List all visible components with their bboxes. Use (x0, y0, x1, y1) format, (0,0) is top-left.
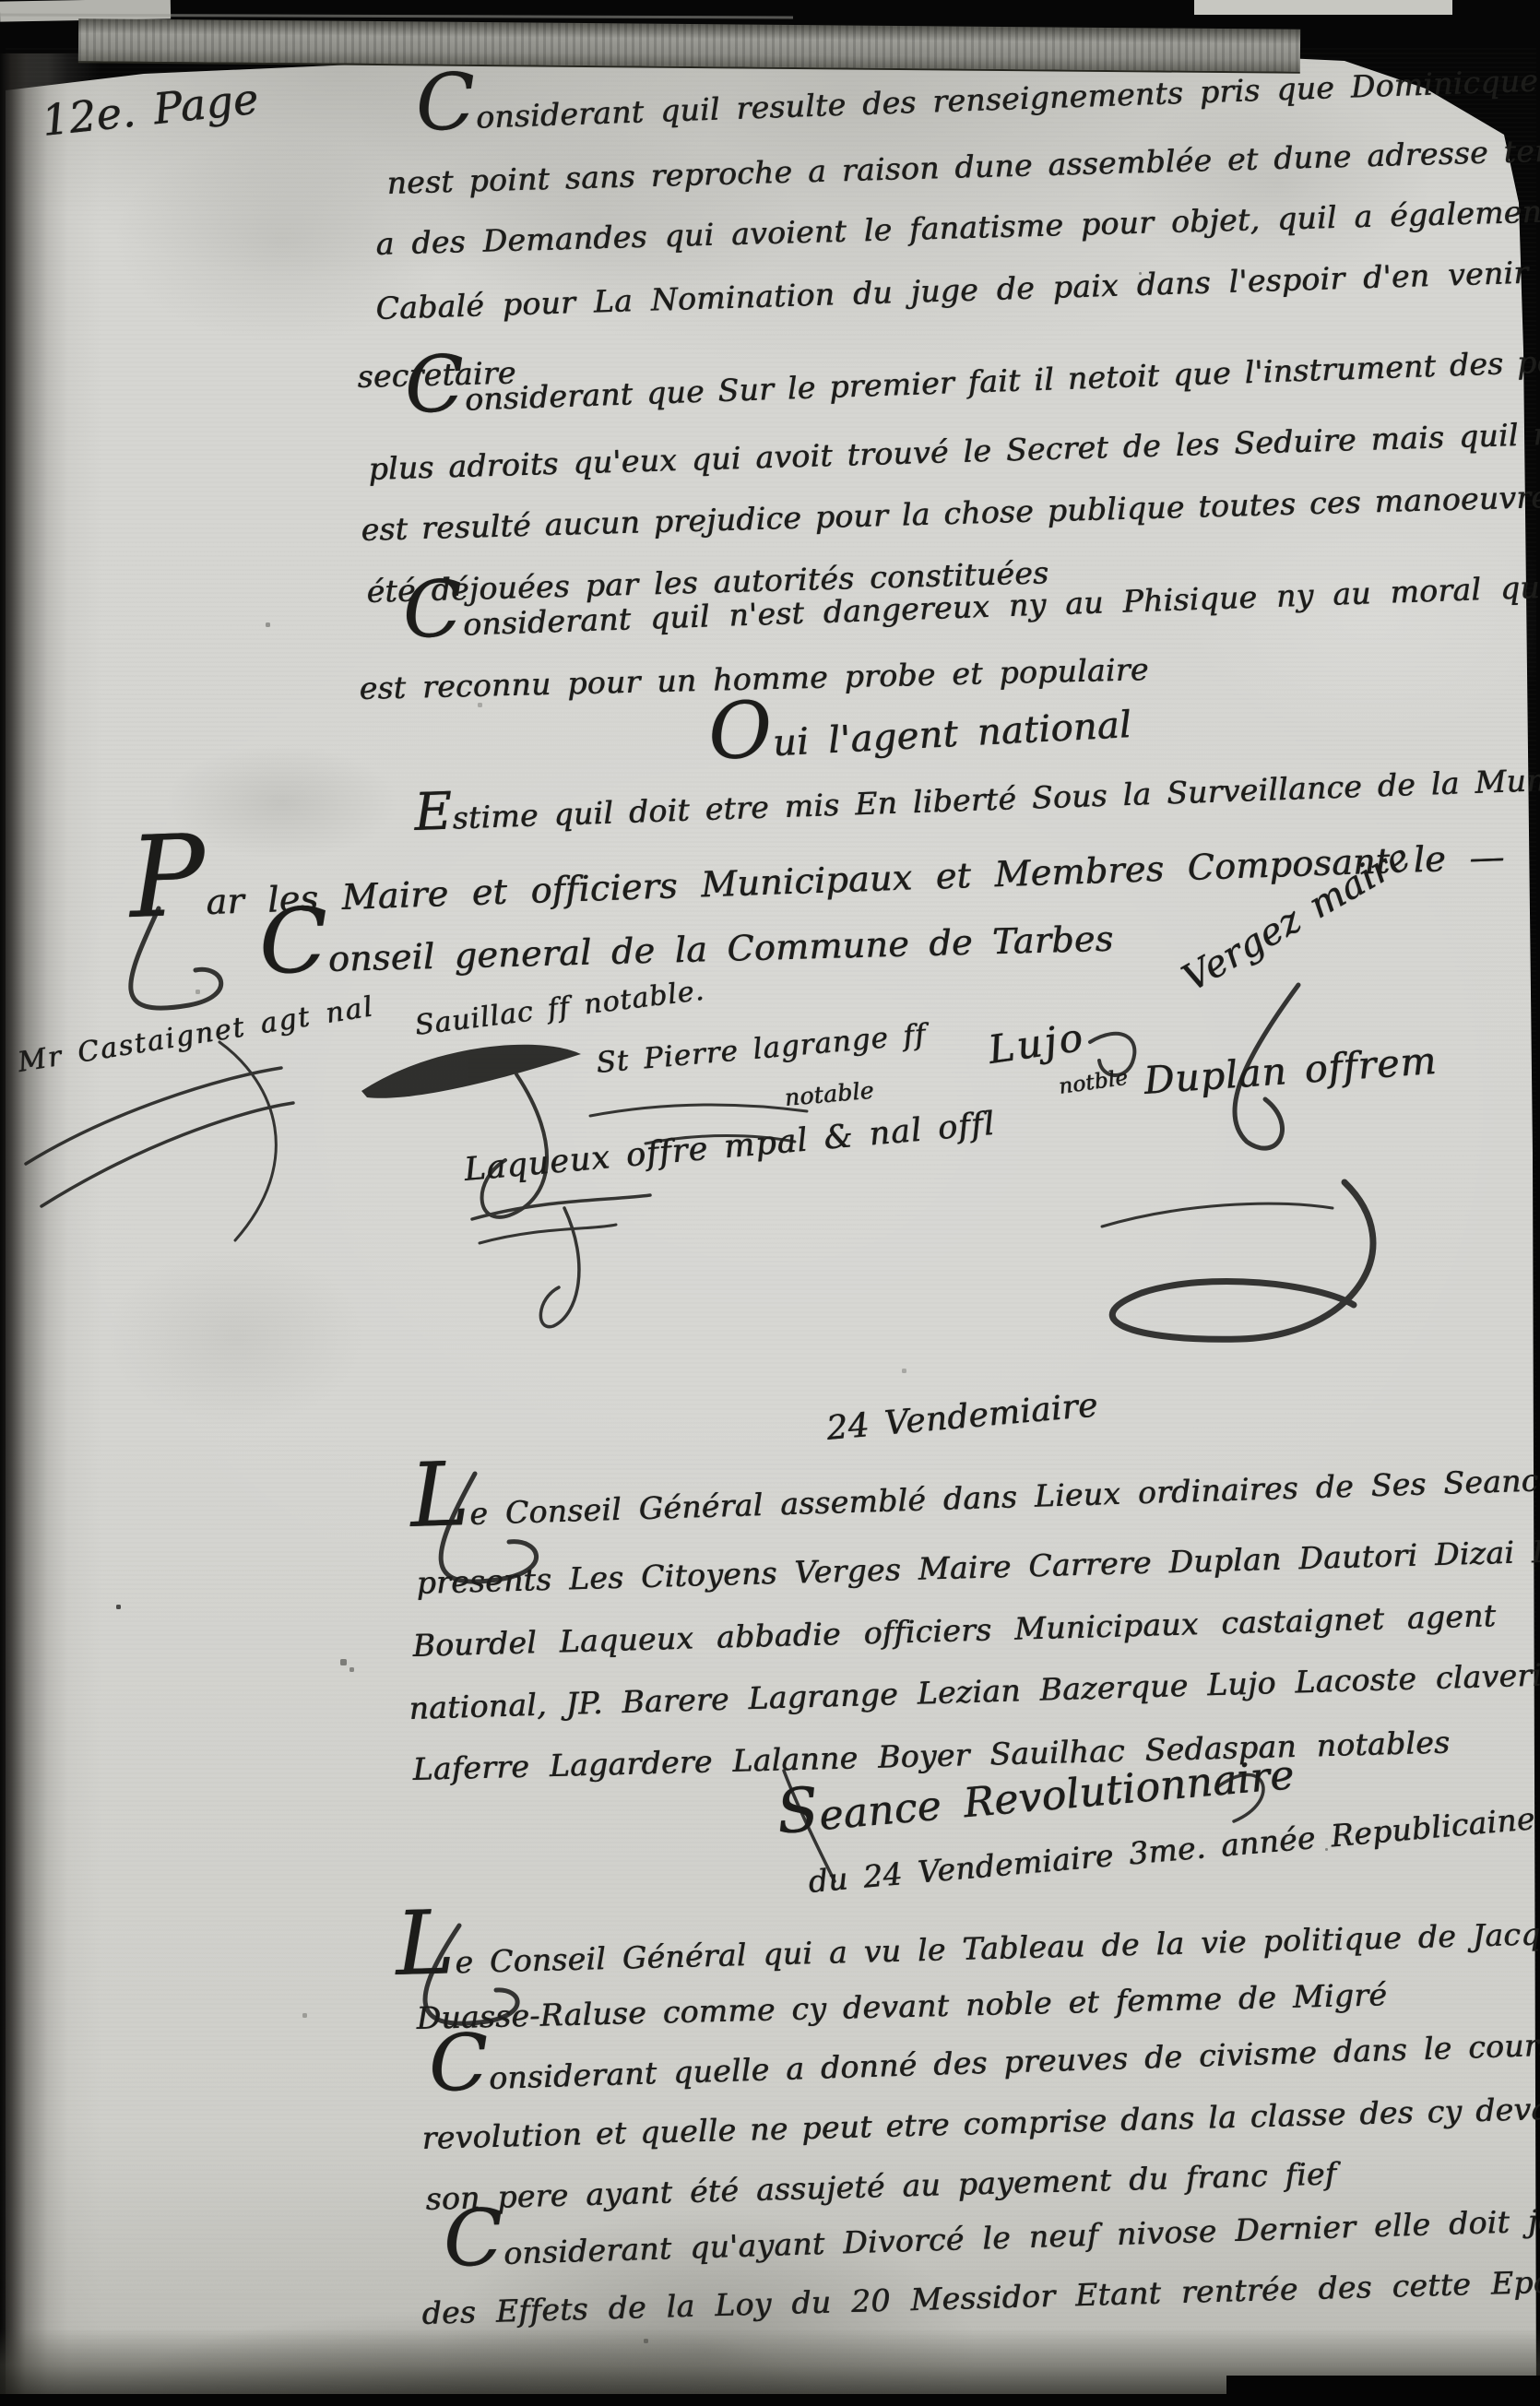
scan-black-corner (1226, 2376, 1540, 2406)
adjacent-page-edge (78, 18, 1300, 74)
scan-edge-highlight-right (1194, 0, 1452, 15)
scanned-register-page: 12e. Page Considerant quil resulte des r… (0, 0, 1540, 2406)
ink-specks (0, 0, 1, 1)
